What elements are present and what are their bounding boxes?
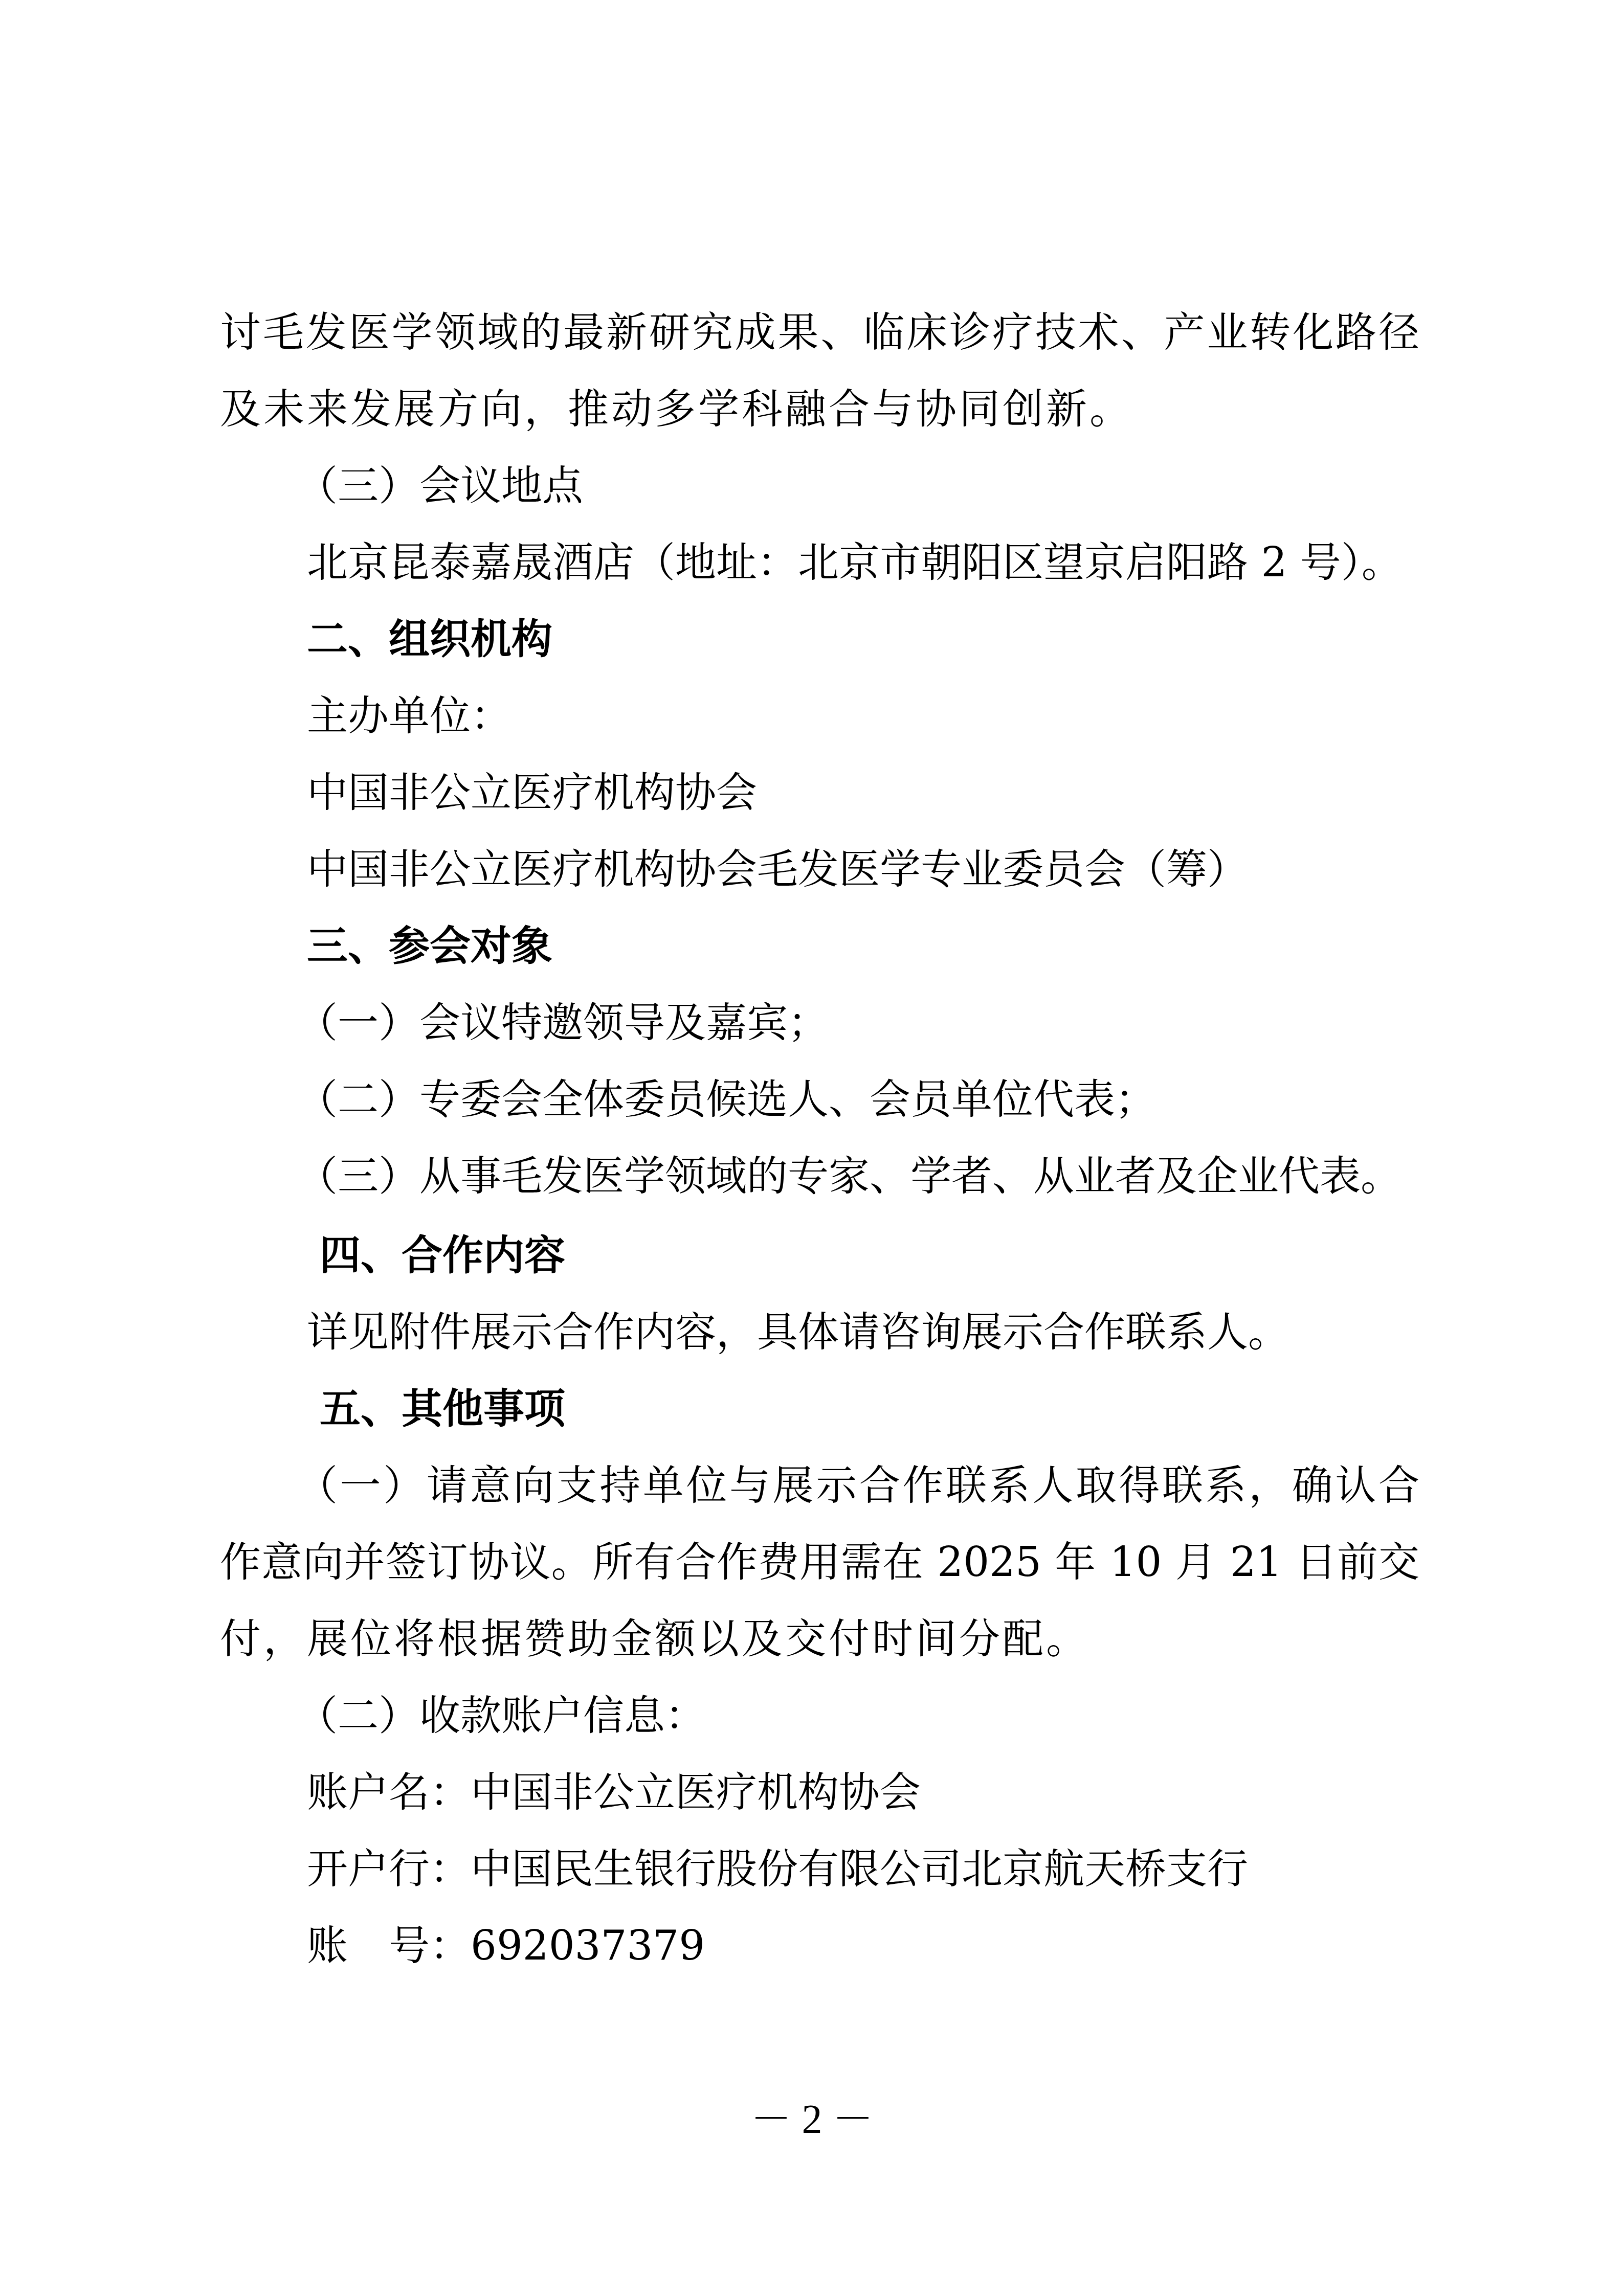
purpose-line-1: 讨毛发医学领域的最新研究成果、临床诊疗技术、产业转化路径 [220,307,1419,358]
other-item-1-line-2: 作意向并签订协议。所有合作费用需在 2025 年 10 月 21 日前交 [220,1537,1419,1588]
account-number: 账 号：692037379 [307,1920,705,1971]
page-number: － 2 － [0,2094,1624,2145]
purpose-line-2: 及未来发展方向，推动多学科融合与协同创新。 [220,384,1133,435]
section-2-heading: 二、组织机构 [307,614,552,665]
section-5-heading: 五、其他事项 [320,1383,565,1434]
host-item: 中国非公立医疗机构协会毛发医学专业委员会（筹） [307,844,1248,895]
section-3-heading: 三、参会对象 [307,920,552,972]
section-4-heading: 四、合作内容 [320,1230,565,1281]
host-label: 主办单位： [307,690,511,741]
account-name: 账户名：中国非公立医疗机构协会 [307,1767,921,1818]
cooperation-text: 详见附件展示合作内容，具体请咨询展示合作联系人。 [307,1307,1289,1358]
host-item: 中国非公立医疗机构协会 [307,767,757,818]
attendee-item: （三）从事毛发医学领域的专家、学者、从业者及企业代表。 [297,1151,1401,1202]
account-info-heading: （二）收款账户信息： [297,1690,706,1741]
other-item-1-line-3: 付，展位将根据赞助金额以及交付时间分配。 [220,1613,1089,1664]
venue-heading: （三）会议地点 [297,460,583,511]
bank-name: 开户行：中国民生银行股份有限公司北京航天桥支行 [307,1843,1248,1895]
attendee-item: （一）会议特邀领导及嘉宾； [297,997,829,1048]
other-item-1-line-1: （一）请意向支持单位与展示合作联系人取得联系，确认合 [297,1460,1419,1511]
attendee-item: （二）专委会全体委员候选人、会员单位代表； [297,1074,1156,1125]
venue-text: 北京昆泰嘉晟酒店（地址：北京市朝阳区望京启阳路 2 号）。 [307,537,1403,588]
